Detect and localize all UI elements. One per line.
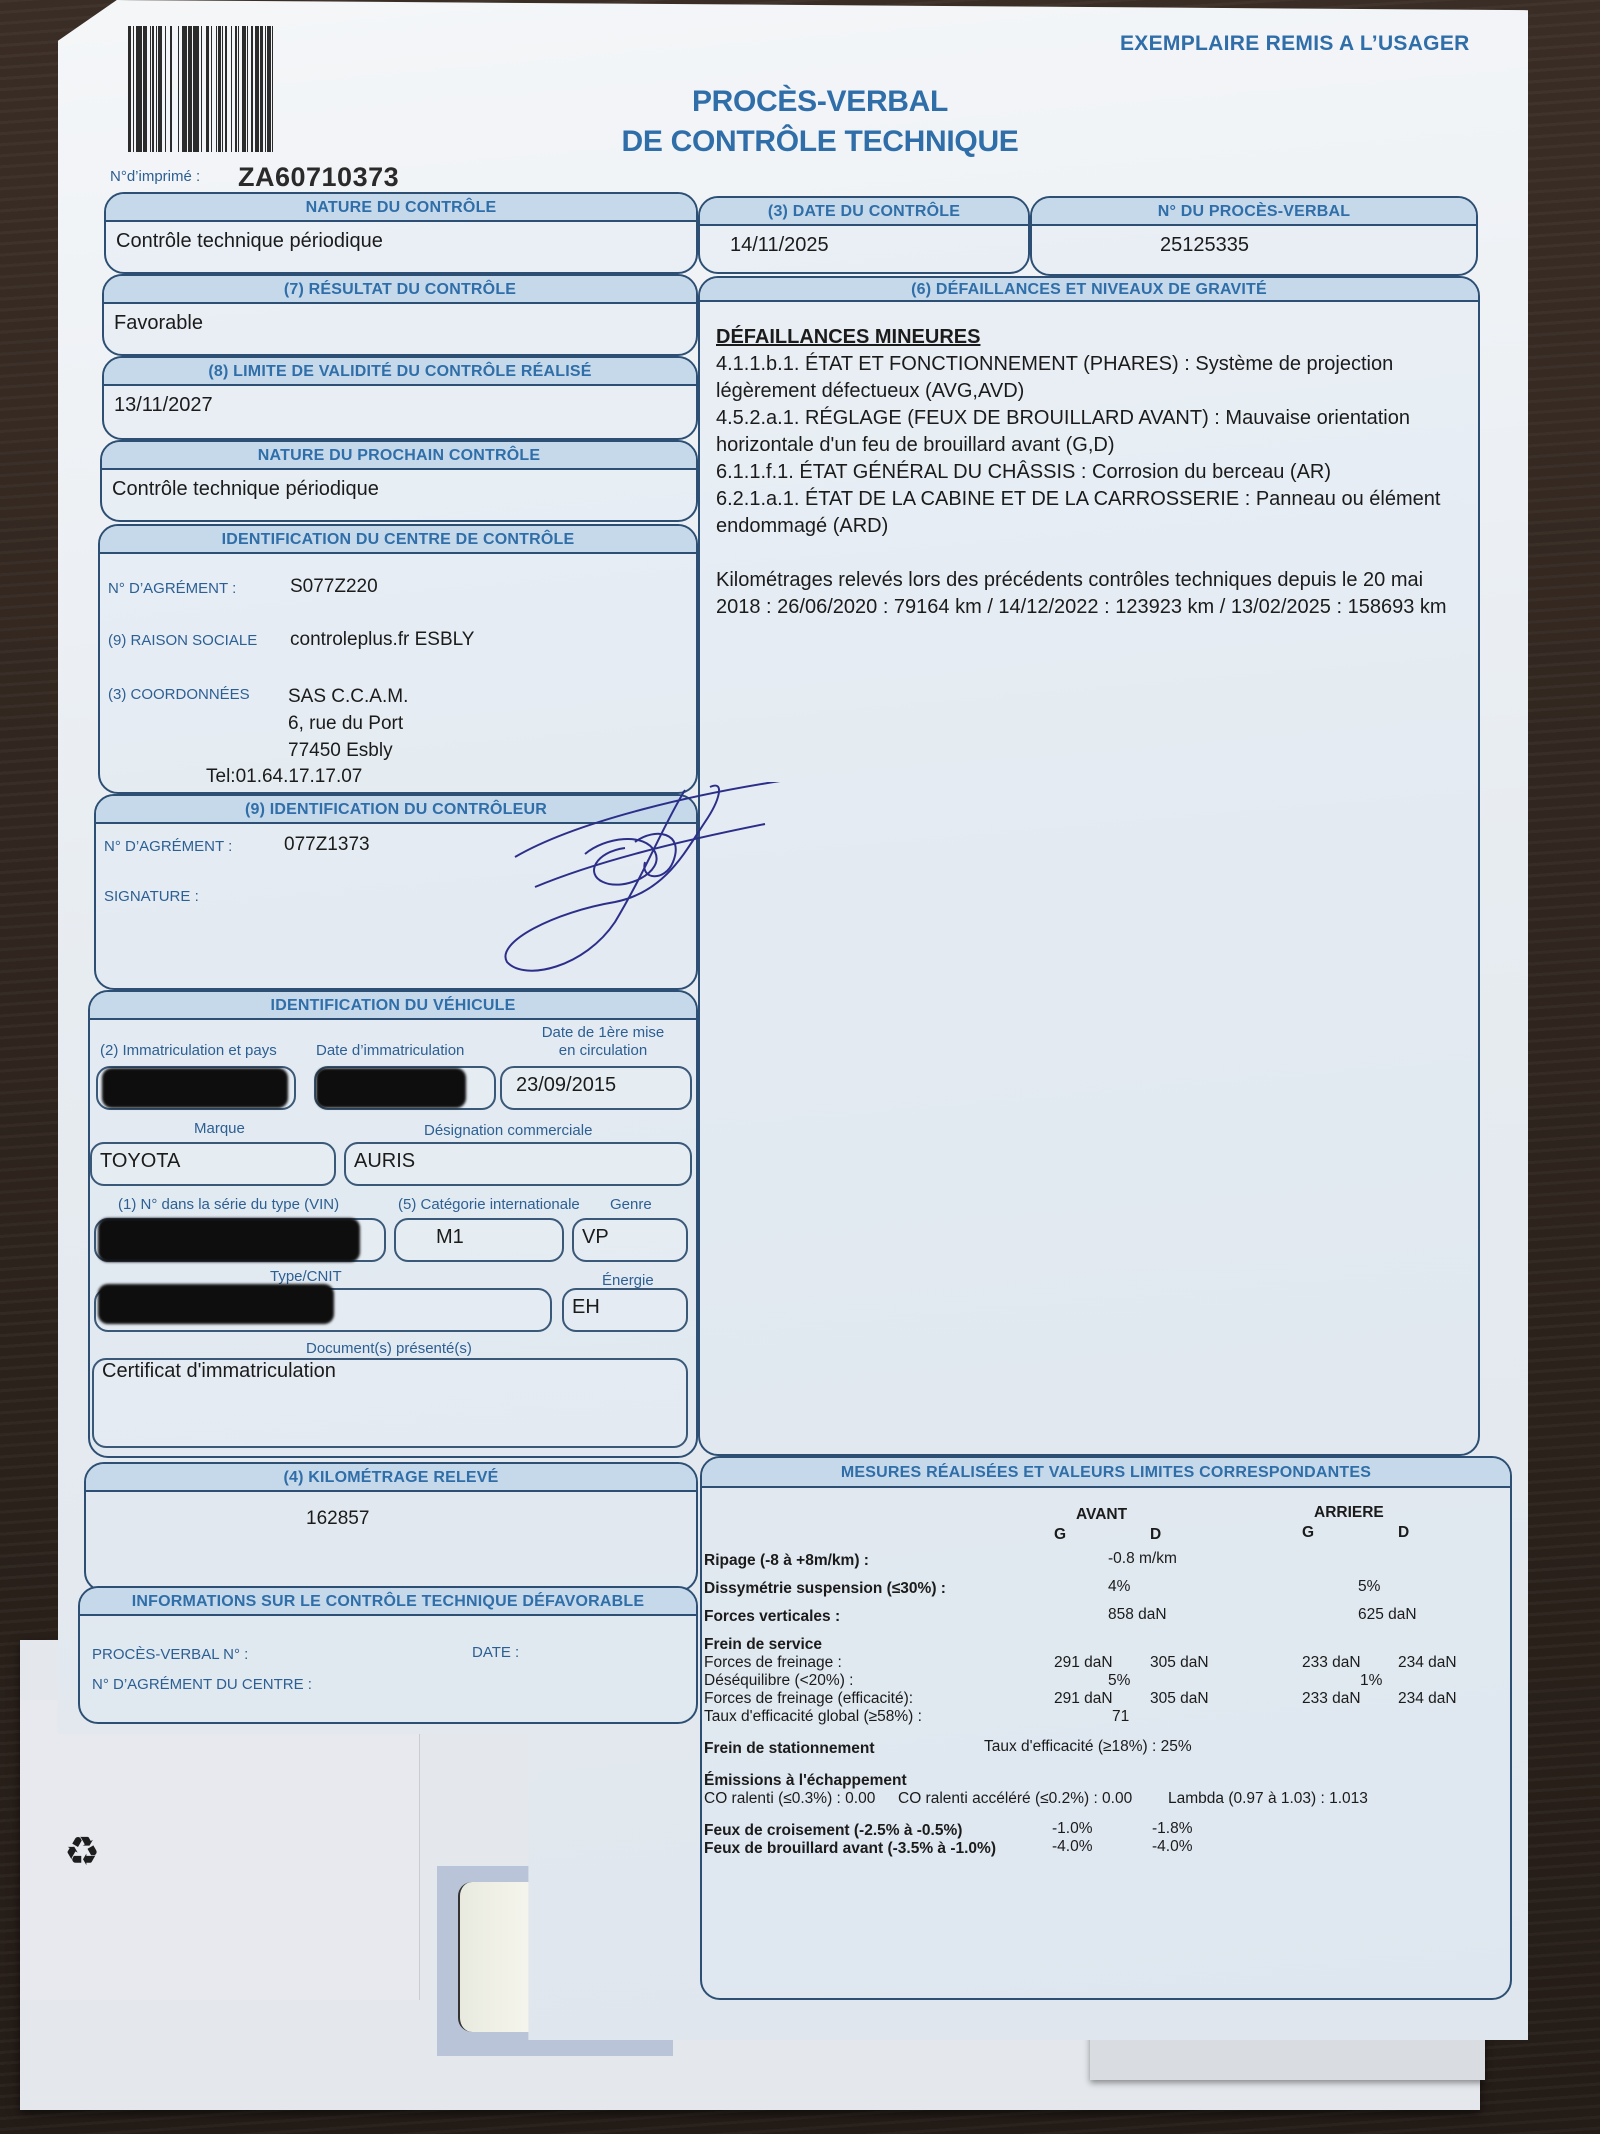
parking-brake-value: Taux d'efficacité (≥18%) : 25%: [984, 1738, 1192, 1756]
make-label: Marque: [194, 1120, 245, 1137]
ripage-value: -0.8 m/km: [1108, 1550, 1177, 1568]
defect-item: 4.5.2.a.1. RÉGLAGE (FEUX DE BROUILLARD A…: [716, 405, 1458, 459]
first-circulation-label: Date de 1ère mise en circulation: [518, 1024, 688, 1060]
result-heading: (7) RÉSULTAT DU CONTRÔLE: [104, 276, 696, 304]
genre-label: Genre: [610, 1196, 652, 1213]
unfavorable-heading: INFORMATIONS SUR LE CONTRÔLE TECHNIQUE D…: [80, 1588, 696, 1616]
barcode: [128, 26, 396, 152]
front-right-label: D: [1150, 1526, 1161, 1544]
suspension-label: Dissymétrie suspension (≤30%) :: [704, 1580, 946, 1598]
suspension-rear: 5%: [1358, 1578, 1380, 1596]
type-label: Type/CNIT: [270, 1268, 342, 1285]
first-circulation-label-line: en circulation: [518, 1042, 688, 1060]
braking-force-fl: 291 daN: [1054, 1654, 1113, 1672]
rear-right-label: D: [1398, 1524, 1409, 1542]
defect-item: 6.2.1.a.1. ÉTAT DE LA CABINE ET DE LA CA…: [716, 486, 1458, 540]
vertical-forces-label: Forces verticales :: [704, 1608, 840, 1626]
efficiency-forces-label: Forces de freinage (efficacité):: [704, 1690, 913, 1708]
validity-heading: (8) LIMITE DE VALIDITÉ DU CONTRÔLE RÉALI…: [104, 358, 696, 386]
efficiency-force-fl: 291 daN: [1054, 1690, 1113, 1708]
validity-box: (8) LIMITE DE VALIDITÉ DU CONTRÔLE RÉALI…: [102, 356, 698, 440]
unfavorable-date-label: DATE :: [472, 1644, 519, 1661]
energy-label: Énergie: [602, 1272, 654, 1289]
fog-lights-label: Feux de brouillard avant (-3.5% à -1.0%): [704, 1840, 996, 1858]
efficiency-force-rr: 234 daN: [1398, 1690, 1457, 1708]
imbalance-front: 5%: [1108, 1672, 1130, 1690]
unfavorable-center-label: N° D’AGRÉMENT DU CENTRE :: [92, 1676, 312, 1693]
redacted-type: [98, 1284, 334, 1324]
center-heading: IDENTIFICATION DU CENTRE DE CONTRÔLE: [100, 526, 696, 554]
inspection-date-value: 14/11/2025: [700, 226, 1028, 265]
document-title: PROCÈS-VERBAL DE CONTRÔLE TECHNIQUE: [620, 82, 1020, 162]
copy-label: EXEMPLAIRE REMIS A L’USAGER: [1120, 32, 1470, 56]
printed-number: ZA60710373: [238, 162, 399, 193]
model-field: AURIS: [344, 1142, 692, 1186]
result-box: (7) RÉSULTAT DU CONTRÔLE Favorable: [102, 274, 698, 356]
measurements-heading: MESURES RÉALISÉES ET VALEURS LIMITES COR…: [702, 1458, 1510, 1488]
result-value: Favorable: [104, 304, 696, 343]
mileage-value: 162857: [306, 1508, 369, 1530]
front-axle-label: AVANT: [1076, 1506, 1127, 1524]
center-identification-box: IDENTIFICATION DU CENTRE DE CONTRÔLE N° …: [98, 524, 698, 794]
category-label: (5) Catégorie internationale: [398, 1196, 580, 1213]
defects-body: DÉFAILLANCES MINEURES 4.1.1.b.1. ÉTAT ET…: [716, 324, 1458, 621]
company-name-label: (9) RAISON SOCIALE: [108, 632, 257, 649]
imbalance-label: Déséquilibre (<20%) :: [704, 1672, 853, 1690]
redacted-registration-date: [316, 1068, 466, 1108]
make-field: TOYOTA: [90, 1142, 336, 1186]
inspection-type-value: Contrôle technique périodique: [106, 222, 696, 261]
lambda: Lambda (0.97 à 1.03) : 1.013: [1168, 1790, 1368, 1808]
inspector-approval-label: N° D’AGRÉMENT :: [104, 838, 232, 855]
parking-brake-label: Frein de stationnement: [704, 1740, 875, 1758]
redacted-vin: [98, 1218, 360, 1262]
center-approval-number: S077Z220: [290, 576, 378, 598]
mileage-history: Kilométrages relevés lors des précédents…: [716, 567, 1458, 621]
validity-value: 13/11/2027: [104, 386, 696, 425]
report-number-box: N° DU PROCÈS-VERBAL 25125335: [1030, 196, 1478, 276]
redacted-registration: [102, 1068, 288, 1108]
fog-light-right: -4.0%: [1152, 1838, 1193, 1856]
model-label: Désignation commerciale: [424, 1122, 592, 1139]
energy-field: EH: [562, 1288, 688, 1332]
center-address: SAS C.C.A.M. 6, rue du Port 77450 Esbly: [288, 683, 408, 764]
first-circulation-field: 23/09/2015: [500, 1066, 692, 1110]
unfavorable-report-label: PROCÈS-VERBAL N° :: [92, 1646, 248, 1663]
category-field: M1: [394, 1218, 564, 1262]
braking-force-rr: 234 daN: [1398, 1654, 1457, 1672]
inspection-date-box: (3) DATE DU CONTRÔLE 14/11/2025: [698, 196, 1030, 274]
genre-field: VP: [572, 1218, 688, 1262]
fog-light-left: -4.0%: [1052, 1838, 1093, 1856]
front-left-label: G: [1054, 1526, 1066, 1544]
vertical-forces-front: 858 daN: [1108, 1606, 1167, 1624]
mileage-heading: (4) KILOMÉTRAGE RELEVÉ: [86, 1464, 696, 1492]
signature-label: SIGNATURE :: [104, 888, 199, 905]
report-number-value: 25125335: [1032, 226, 1476, 265]
title-line-1: PROCÈS-VERBAL: [620, 82, 1020, 122]
global-efficiency-label: Taux d'efficacité global (≥58%) :: [704, 1708, 922, 1726]
report-number-heading: N° DU PROCÈS-VERBAL: [1032, 198, 1476, 226]
center-approval-label: N° D’AGRÉMENT :: [108, 580, 236, 597]
defects-category: DÉFAILLANCES MINEURES: [716, 324, 1458, 351]
unfavorable-info-box: INFORMATIONS SUR LE CONTRÔLE TECHNIQUE D…: [78, 1586, 698, 1724]
address-line: SAS C.C.A.M.: [288, 683, 408, 710]
recycle-icon: ♻: [58, 1826, 106, 1878]
inspection-type-heading: NATURE DU CONTRÔLE: [106, 194, 696, 222]
defects-heading: (6) DÉFAILLANCES ET NIVEAUX DE GRAVITÉ: [700, 278, 1478, 302]
dipped-beam-right: -1.8%: [1152, 1820, 1193, 1838]
documents-field: Certificat d'immatriculation: [92, 1358, 688, 1448]
defect-item: 6.1.1.f.1. ÉTAT GÉNÉRAL DU CHÂSSIS : Cor…: [716, 459, 1458, 486]
next-inspection-box: NATURE DU PROCHAIN CONTRÔLE Contrôle tec…: [100, 440, 698, 522]
measurements-box: MESURES RÉALISÉES ET VALEURS LIMITES COR…: [700, 1456, 1512, 2000]
next-inspection-heading: NATURE DU PROCHAIN CONTRÔLE: [102, 442, 696, 470]
defect-item: 4.1.1.b.1. ÉTAT ET FONCTIONNEMENT (PHARE…: [716, 351, 1458, 405]
vehicle-heading: IDENTIFICATION DU VÉHICULE: [90, 992, 696, 1020]
title-line-2: DE CONTRÔLE TECHNIQUE: [620, 122, 1020, 162]
vin-label: (1) N° dans la série du type (VIN): [118, 1196, 339, 1213]
company-name: controleplus.fr ESBLY: [290, 629, 474, 651]
dipped-beam-left: -1.0%: [1052, 1820, 1093, 1838]
contact-label: (3) COORDONNÉES: [108, 686, 250, 703]
next-inspection-value: Contrôle technique périodique: [102, 470, 696, 509]
braking-force-fr: 305 daN: [1150, 1654, 1209, 1672]
mileage-box: (4) KILOMÉTRAGE RELEVÉ 162857: [84, 1462, 698, 1592]
imbalance-rear: 1%: [1360, 1672, 1382, 1690]
emissions-label: Émissions à l'échappement: [704, 1772, 907, 1790]
global-efficiency-value: 71: [1112, 1708, 1129, 1726]
efficiency-force-fr: 305 daN: [1150, 1690, 1209, 1708]
registration-label: (2) Immatriculation et pays: [100, 1042, 277, 1059]
dipped-beam-label: Feux de croisement (-2.5% à -0.5%): [704, 1822, 962, 1840]
printed-number-label: N°d’imprimé :: [110, 168, 200, 185]
efficiency-force-rl: 233 daN: [1302, 1690, 1361, 1708]
center-phone: Tel:01.64.17.17.07: [206, 766, 362, 788]
rear-left-label: G: [1302, 1524, 1314, 1542]
suspension-front: 4%: [1108, 1578, 1130, 1596]
registration-date-label: Date d’immatriculation: [316, 1042, 464, 1059]
inspection-date-heading: (3) DATE DU CONTRÔLE: [700, 198, 1028, 226]
inspection-type-box: NATURE DU CONTRÔLE Contrôle technique pé…: [104, 192, 698, 274]
barcode-bar: [272, 26, 273, 152]
rear-axle-label: ARRIERE: [1314, 1504, 1384, 1522]
co-fast-idle: CO ralenti accéléré (≤0.2%) : 0.00: [898, 1790, 1132, 1808]
inspector-signature: [495, 782, 825, 992]
first-circulation-label-line: Date de 1ère mise: [518, 1024, 688, 1042]
braking-forces-label: Forces de freinage :: [704, 1654, 842, 1672]
service-brake-label: Frein de service: [704, 1636, 822, 1654]
address-line: 6, rue du Port: [288, 710, 408, 737]
vehicle-identification-box: IDENTIFICATION DU VÉHICULE (2) Immatricu…: [88, 990, 698, 1458]
vertical-forces-rear: 625 daN: [1358, 1606, 1417, 1624]
address-line: 77450 Esbly: [288, 737, 408, 764]
ripage-label: Ripage (-8 à +8m/km) :: [704, 1552, 869, 1570]
inspector-approval-number: 077Z1373: [284, 834, 370, 856]
co-idle: CO ralenti (≤0.3%) : 0.00: [704, 1790, 875, 1808]
braking-force-rl: 233 daN: [1302, 1654, 1361, 1672]
documents-label: Document(s) présenté(s): [306, 1340, 472, 1357]
